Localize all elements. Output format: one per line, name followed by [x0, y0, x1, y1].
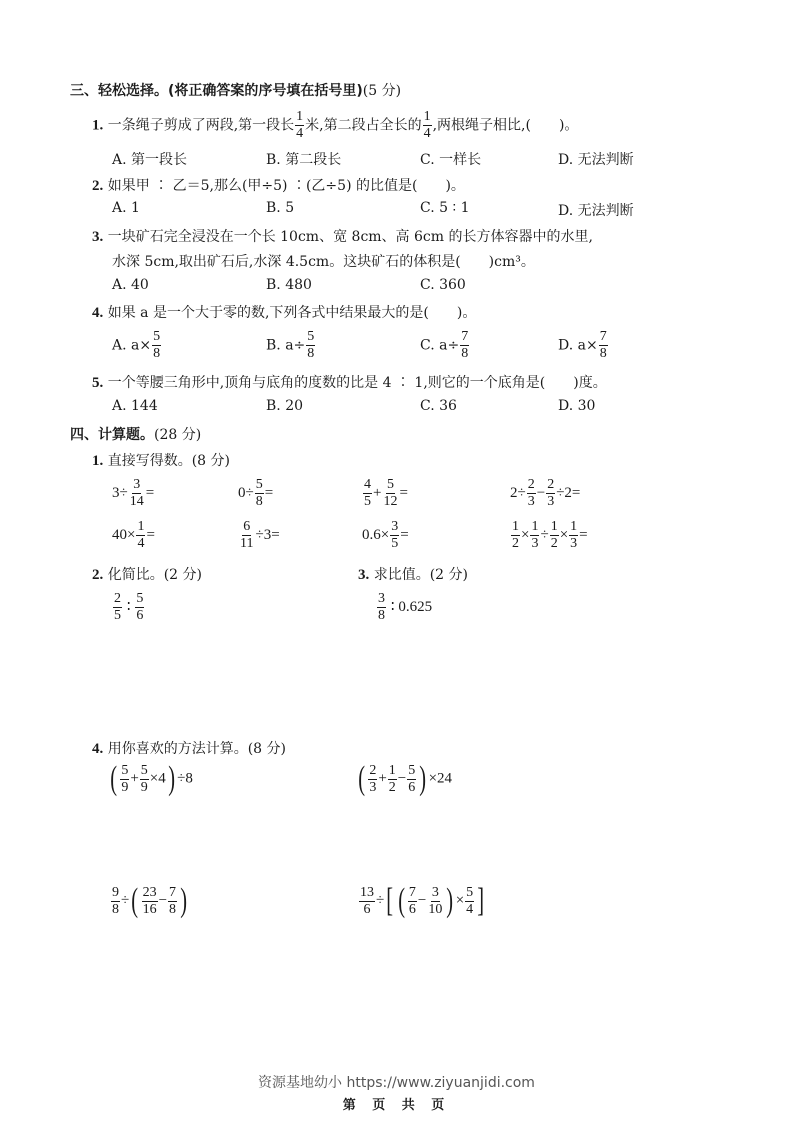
fraction: 78 — [460, 330, 469, 361]
option-c: C. 5 ∶ 1 — [420, 200, 469, 216]
expr-text: × — [456, 892, 464, 908]
option-d: D. 30 — [558, 398, 595, 414]
section-4-heading: 四、计算题。 — [70, 427, 154, 443]
question-3: 3. 一块矿石完全浸没在一个长 10cm、宽 8cm、高 6cm 的长方体容器中… — [92, 226, 593, 246]
numerator: 6 — [242, 520, 251, 536]
denominator: 14 — [129, 494, 145, 509]
fraction: 78 — [599, 330, 608, 361]
section-3-title: 三、轻松选择。(将正确答案的序号填在括号里)(5 分) — [70, 80, 401, 100]
expr-text: ÷2= — [556, 485, 580, 501]
numerator: 2 — [113, 592, 122, 608]
expression-1: (59+59×4)÷8 — [108, 762, 193, 796]
numerator: 7 — [408, 886, 417, 902]
option-c: C. 一样长 — [420, 149, 481, 169]
denominator: 3 — [530, 536, 539, 551]
question-number: 2. — [92, 178, 103, 194]
numerator: 5 — [120, 764, 129, 780]
option-prefix: B. a÷ — [266, 338, 305, 354]
question-2: 2. 如果甲 ∶ 乙＝5,那么(甲÷5) ∶(乙÷5) 的比值是( )。 — [92, 175, 465, 195]
question-text: 用你喜欢的方法计算。(8 分) — [108, 741, 286, 757]
expr-text: = — [399, 485, 407, 501]
option-b: B. 5 — [266, 200, 294, 216]
denominator: 4 — [136, 536, 145, 551]
expr-text: ÷ — [121, 892, 129, 908]
option-a: A. 40 — [112, 277, 149, 293]
numerator: 4 — [363, 478, 372, 494]
expr-text: − — [398, 770, 406, 786]
numerator: 3 — [377, 592, 386, 608]
question-1: 1. 一条绳子剪成了两段,第一段长14米,第二段占全长的14,两根绳子相比,( … — [92, 110, 578, 141]
question-text: 如果 a 是一个大于零的数,下列各式中结果最大的是( )。 — [108, 305, 477, 321]
calc-item: 0.6×35= — [362, 520, 409, 551]
denominator: 4 — [465, 902, 474, 917]
denominator: 12 — [382, 494, 398, 509]
denominator: 11 — [239, 536, 254, 551]
numerator: 2 — [368, 764, 377, 780]
ratio-sign: ∶ — [127, 599, 131, 615]
question-3-line-2: 水深 5cm,取出矿石后,水深 4.5cm。这块矿石的体积是( )cm³。 — [112, 251, 535, 271]
denominator: 8 — [168, 902, 177, 917]
expr-text: ÷ — [376, 892, 384, 908]
option-prefix: A. a× — [112, 338, 151, 354]
right-paren: ) — [420, 762, 427, 796]
expr-text: ×4 — [150, 770, 166, 786]
ratio-sign: ∶ — [391, 599, 395, 615]
denominator: 8 — [255, 494, 264, 509]
expr-text: 40× — [112, 527, 135, 543]
expr-text: = — [265, 485, 273, 501]
option-prefix: C. a÷ — [420, 338, 459, 354]
numerator: 3 — [132, 478, 141, 494]
option-a: A. 第一段长 — [112, 149, 187, 169]
option-a: A. 1 — [112, 200, 140, 216]
numerator: 2 — [546, 478, 555, 494]
denominator: 3 — [527, 494, 536, 509]
question-text: 一个等腰三角形中,顶角与底角的度数的比是 4 ∶ 1,则它的一个底角是( )度。 — [108, 375, 607, 391]
denominator: 10 — [427, 902, 443, 917]
expr-text: 0.625 — [398, 599, 432, 615]
denominator: 8 — [111, 902, 120, 917]
expr-text: + — [130, 770, 138, 786]
calc-question-1-label: 1. 直接写得数。(8 分) — [92, 450, 230, 470]
expr-text: × — [521, 527, 529, 543]
section-4-score: (28 分) — [154, 427, 201, 443]
calc-item: 12×13÷12×13= — [510, 520, 588, 551]
numerator: 7 — [599, 330, 608, 346]
denominator: 4 — [423, 126, 432, 141]
option-b: B. a÷58 — [266, 330, 316, 361]
numerator: 5 — [306, 330, 315, 346]
expr-text: + — [378, 770, 386, 786]
expr-text: = — [146, 485, 154, 501]
option-a: A. a×58 — [112, 330, 162, 361]
expr-text: − — [537, 485, 545, 501]
numerator: 1 — [550, 520, 559, 536]
numerator: 7 — [168, 886, 177, 902]
page-number: 第 页 共 页 — [0, 1094, 793, 1113]
question-text: ,两根绳子相比,( )。 — [433, 118, 579, 134]
numerator: 13 — [359, 886, 375, 902]
expr-text: 0.6× — [362, 527, 389, 543]
calc-question-4-label: 4. 用你喜欢的方法计算。(8 分) — [92, 738, 286, 758]
calc-item: 40×14= — [112, 520, 155, 551]
calc-question-2-label: 2. 化简比。(2 分) — [92, 564, 202, 584]
question-number: 1. — [92, 118, 103, 134]
denominator: 5 — [390, 536, 399, 551]
denominator: 8 — [152, 346, 161, 361]
question-text: 化简比。(2 分) — [108, 567, 202, 583]
calc-item: 2÷23−23÷2= — [510, 478, 580, 509]
numerator: 1 — [569, 520, 578, 536]
left-paren: ( — [398, 884, 405, 918]
question-number: 1. — [92, 453, 103, 469]
left-paren: ( — [110, 762, 117, 796]
numerator: 7 — [460, 330, 469, 346]
denominator: 5 — [363, 494, 372, 509]
expression-3: 98÷(2316−78) — [110, 884, 189, 918]
denominator: 3 — [546, 494, 555, 509]
expr-text: 2÷ — [510, 485, 526, 501]
right-paren: ) — [168, 762, 175, 796]
denominator: 2 — [550, 536, 559, 551]
numerator: 23 — [142, 886, 158, 902]
denominator: 6 — [407, 780, 416, 795]
numerator: 5 — [152, 330, 161, 346]
numerator: 5 — [407, 764, 416, 780]
numerator: 5 — [135, 592, 144, 608]
ratio-expression: 38 ∶ 0.625 — [376, 592, 432, 623]
question-number: 3. — [92, 229, 103, 245]
option-d: D. a×78 — [558, 330, 609, 361]
right-paren: ) — [447, 884, 454, 918]
numerator: 1 — [530, 520, 539, 536]
fraction: 14 — [295, 110, 304, 141]
numerator: 5 — [140, 764, 149, 780]
calc-item: 611÷3= — [238, 520, 280, 551]
calc-item: 0÷58= — [238, 478, 273, 509]
option-c: C. 36 — [420, 398, 457, 414]
left-bracket: [ — [387, 884, 394, 918]
expr-text: ÷3= — [255, 527, 279, 543]
calc-item: 45+512= — [362, 478, 408, 509]
option-prefix: D. a× — [558, 338, 598, 354]
question-number: 3. — [358, 567, 369, 583]
numerator: 1 — [388, 764, 397, 780]
expr-text: = — [579, 527, 587, 543]
section-4-title: 四、计算题。(28 分) — [70, 424, 201, 444]
denominator: 8 — [599, 346, 608, 361]
fraction: 58 — [152, 330, 161, 361]
denominator: 8 — [377, 608, 386, 623]
section-3-heading: 三、轻松选择。(将正确答案的序号填在括号里) — [70, 83, 363, 99]
option-b: B. 第二段长 — [266, 149, 341, 169]
expr-text: × — [560, 527, 568, 543]
denominator: 3 — [569, 536, 578, 551]
numerator: 5 — [255, 478, 264, 494]
fraction: 14 — [423, 110, 432, 141]
expr-text: − — [159, 892, 167, 908]
question-text: 米,第二段占全长的 — [305, 118, 421, 134]
expr-text: ×24 — [429, 770, 452, 786]
option-d: D. 无法判断 — [558, 149, 634, 169]
right-bracket: ] — [477, 884, 484, 918]
question-4: 4. 如果 a 是一个大于零的数,下列各式中结果最大的是( )。 — [92, 302, 476, 322]
question-number: 2. — [92, 567, 103, 583]
option-b: B. 480 — [266, 277, 312, 293]
left-paren: ( — [358, 762, 365, 796]
question-5: 5. 一个等腰三角形中,顶角与底角的度数的比是 4 ∶ 1,则它的一个底角是( … — [92, 372, 607, 392]
expr-text: 3÷ — [112, 485, 128, 501]
denominator: 9 — [140, 780, 149, 795]
right-paren: ) — [180, 884, 187, 918]
numerator: 3 — [431, 886, 440, 902]
expr-text: = — [146, 527, 154, 543]
expression-2: (23+12−56)×24 — [356, 762, 452, 796]
question-text: 直接写得数。(8 分) — [108, 453, 230, 469]
option-c: C. 360 — [420, 277, 466, 293]
expr-text: 0÷ — [238, 485, 254, 501]
option-d: D. 无法判断 — [558, 200, 634, 220]
calc-question-3-label: 3. 求比值。(2 分) — [358, 564, 468, 584]
numerator: 2 — [527, 478, 536, 494]
question-text: 如果甲 ∶ 乙＝5,那么(甲÷5) ∶(乙÷5) 的比值是( )。 — [108, 178, 465, 194]
denominator: 16 — [142, 902, 158, 917]
question-number: 4. — [92, 741, 103, 757]
denominator: 2 — [511, 536, 520, 551]
question-text: 一块矿石完全浸没在一个长 10cm、宽 8cm、高 6cm 的长方体容器中的水里… — [108, 229, 593, 245]
option-c: C. a÷78 — [420, 330, 470, 361]
expr-text: ÷ — [540, 527, 548, 543]
denominator: 5 — [113, 608, 122, 623]
option-a: A. 144 — [112, 398, 158, 414]
denominator: 6 — [363, 902, 372, 917]
calc-item: 3÷314= — [112, 478, 154, 509]
numerator: 5 — [386, 478, 395, 494]
question-number: 4. — [92, 305, 103, 321]
denominator: 8 — [306, 346, 315, 361]
numerator: 5 — [465, 886, 474, 902]
expr-text: ÷8 — [177, 770, 193, 786]
ratio-expression: 25 ∶ 56 — [112, 592, 145, 623]
denominator: 3 — [368, 780, 377, 795]
expr-text: − — [418, 892, 426, 908]
denominator: 6 — [408, 902, 417, 917]
fraction: 58 — [306, 330, 315, 361]
expr-text: = — [400, 527, 408, 543]
question-text: 一条绳子剪成了两段,第一段长 — [108, 118, 294, 134]
denominator: 2 — [388, 780, 397, 795]
numerator: 1 — [295, 110, 304, 126]
numerator: 9 — [111, 886, 120, 902]
expr-text: + — [373, 485, 381, 501]
numerator: 1 — [136, 520, 145, 536]
question-number: 5. — [92, 375, 103, 391]
denominator: 8 — [460, 346, 469, 361]
expression-4: 136÷[(76−310)×54] — [358, 884, 486, 918]
denominator: 4 — [295, 126, 304, 141]
denominator: 9 — [120, 780, 129, 795]
question-text: 求比值。(2 分) — [374, 567, 468, 583]
left-paren: ( — [132, 884, 139, 918]
numerator: 3 — [390, 520, 399, 536]
option-b: B. 20 — [266, 398, 303, 414]
denominator: 6 — [135, 608, 144, 623]
source-watermark: 资源基地幼小 https://www.ziyuanjidi.com — [0, 1072, 793, 1092]
section-3-score: (5 分) — [363, 83, 401, 99]
numerator: 1 — [511, 520, 520, 536]
numerator: 1 — [423, 110, 432, 126]
